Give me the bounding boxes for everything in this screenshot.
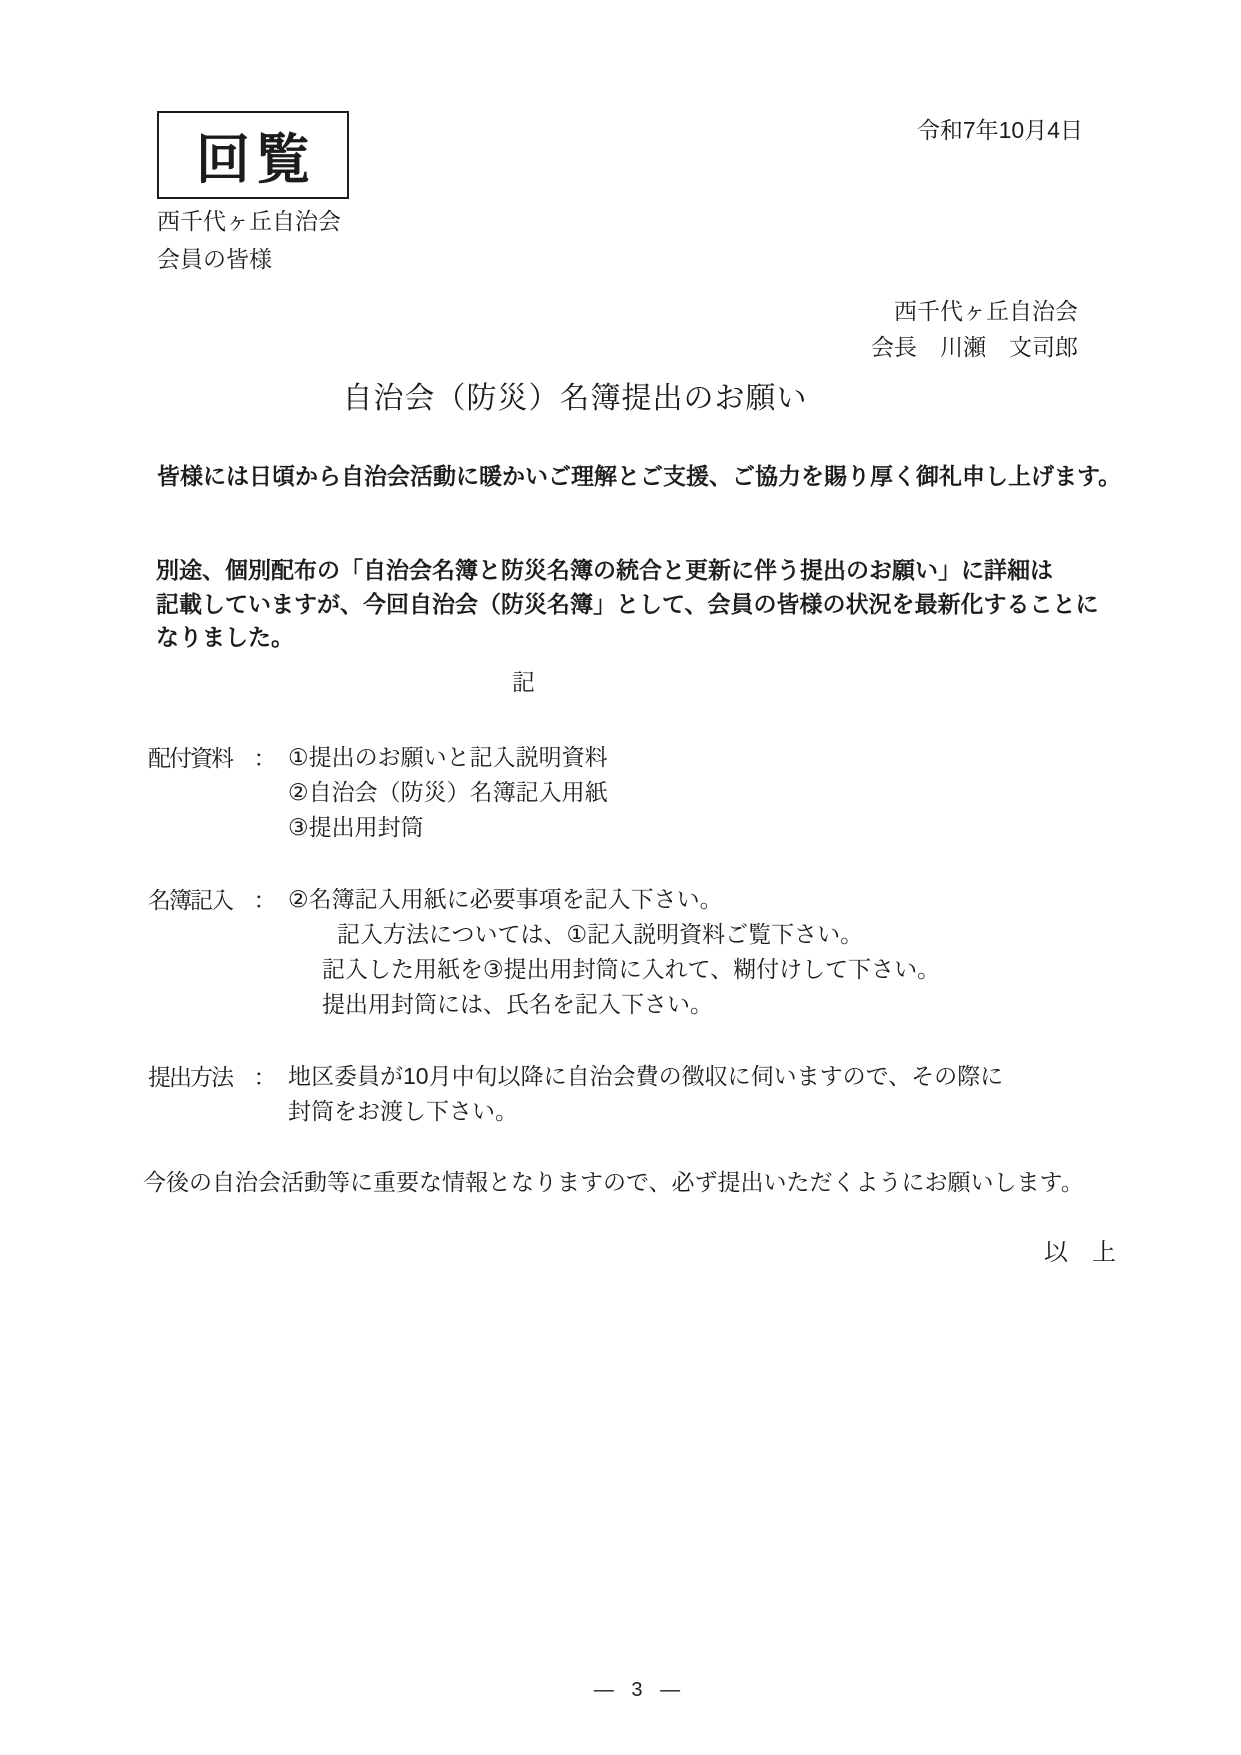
recipient-members-line: 会員の皆様 (157, 240, 341, 278)
section-distributed-materials: 配付資料 ： ①提出のお願いと記入説明資料 ②自治会（防災）名簿記入用紙 ③提出… (148, 740, 608, 845)
greeting-paragraph: 皆様には日頃から自治会活動に暖かいご理解とご支援、ご協力を賜り厚く御礼申し上げま… (157, 458, 1121, 491)
recipient-association-name: 西千代ヶ丘自治会 (157, 202, 341, 240)
body-paragraph-line: 別途、個別配布の「自治会名簿と防災名簿の統合と更新に伴う提出のお願い」に詳細は (156, 554, 1099, 588)
section-label: 配付資料 (148, 740, 242, 773)
section-line: ①提出のお願いと記入説明資料 (288, 740, 608, 775)
sign-off: 以 上 (1044, 1232, 1116, 1267)
closing-paragraph: 今後の自治会活動等に重要な情報となりますので、必ず提出いただくようにお願いします… (143, 1164, 1084, 1197)
section-content: ②名簿記入用紙に必要事項を記入下さい。 記入方法については、①記入説明資料ご覧下… (288, 882, 940, 1022)
section-line: ③提出用封筒 (288, 810, 608, 845)
section-submission-method: 提出方法 ： 地区委員が10月中旬以降に自治会費の徴収に伺いますので、その際に … (148, 1059, 1003, 1129)
section-roster-entry: 名簿記入 ： ②名簿記入用紙に必要事項を記入下さい。 記入方法については、①記入… (148, 882, 940, 1022)
section-colon: ： (242, 1059, 288, 1092)
body-paragraph-line: なりました。 (156, 621, 1099, 655)
section-line: 提出用封筒には、氏名を記入下さい。 (322, 987, 940, 1022)
body-paragraph-line: 記載していますが、今回自治会（防災名簿」として、会員の皆様の状況を最新化すること… (156, 588, 1099, 622)
section-line: ②名簿記入用紙に必要事項を記入下さい。 (288, 882, 940, 917)
section-line: 地区委員が10月中旬以降に自治会費の徴収に伺いますので、その際に (288, 1059, 1003, 1094)
body-paragraph: 別途、個別配布の「自治会名簿と防災名簿の統合と更新に伴う提出のお願い」に詳細は … (156, 554, 1099, 655)
section-content: 地区委員が10月中旬以降に自治会費の徴収に伺いますので、その際に 封筒をお渡し下… (288, 1059, 1003, 1129)
page-title: 自治会（防災）名簿提出のお願い (0, 373, 1150, 417)
sender-association-name: 西千代ヶ丘自治会 (871, 293, 1078, 329)
section-line: ②自治会（防災）名簿記入用紙 (288, 775, 608, 810)
section-colon: ： (242, 882, 288, 915)
sender-block: 西千代ヶ丘自治会 会長 川瀬 文司郎 (871, 293, 1078, 365)
document-page: 回覧 令和7年10月4日 西千代ヶ丘自治会 会員の皆様 西千代ヶ丘自治会 会長 … (0, 0, 1241, 1755)
section-label: 提出方法 (148, 1059, 242, 1092)
section-colon: ： (242, 740, 288, 773)
section-line: 記入方法については、①記入説明資料ご覧下さい。 (337, 917, 940, 952)
section-content: ①提出のお願いと記入説明資料 ②自治会（防災）名簿記入用紙 ③提出用封筒 (288, 740, 608, 845)
sender-chairman-name: 会長 川瀬 文司郎 (871, 329, 1078, 365)
document-date: 令和7年10月4日 (917, 112, 1083, 145)
section-line: 封筒をお渡し下さい。 (288, 1094, 1003, 1129)
section-label: 名簿記入 (148, 882, 242, 915)
kairan-stamp-box: 回覧 (157, 111, 349, 199)
recipient-block: 西千代ヶ丘自治会 会員の皆様 (157, 202, 341, 278)
kairan-stamp-label: 回覧 (196, 117, 316, 194)
page-number: ― 3 ― (40, 1679, 1240, 1702)
ki-marker: 記 (512, 664, 535, 697)
section-line: 記入した用紙を③提出用封筒に入れて、糊付けして下さい。 (322, 952, 940, 987)
